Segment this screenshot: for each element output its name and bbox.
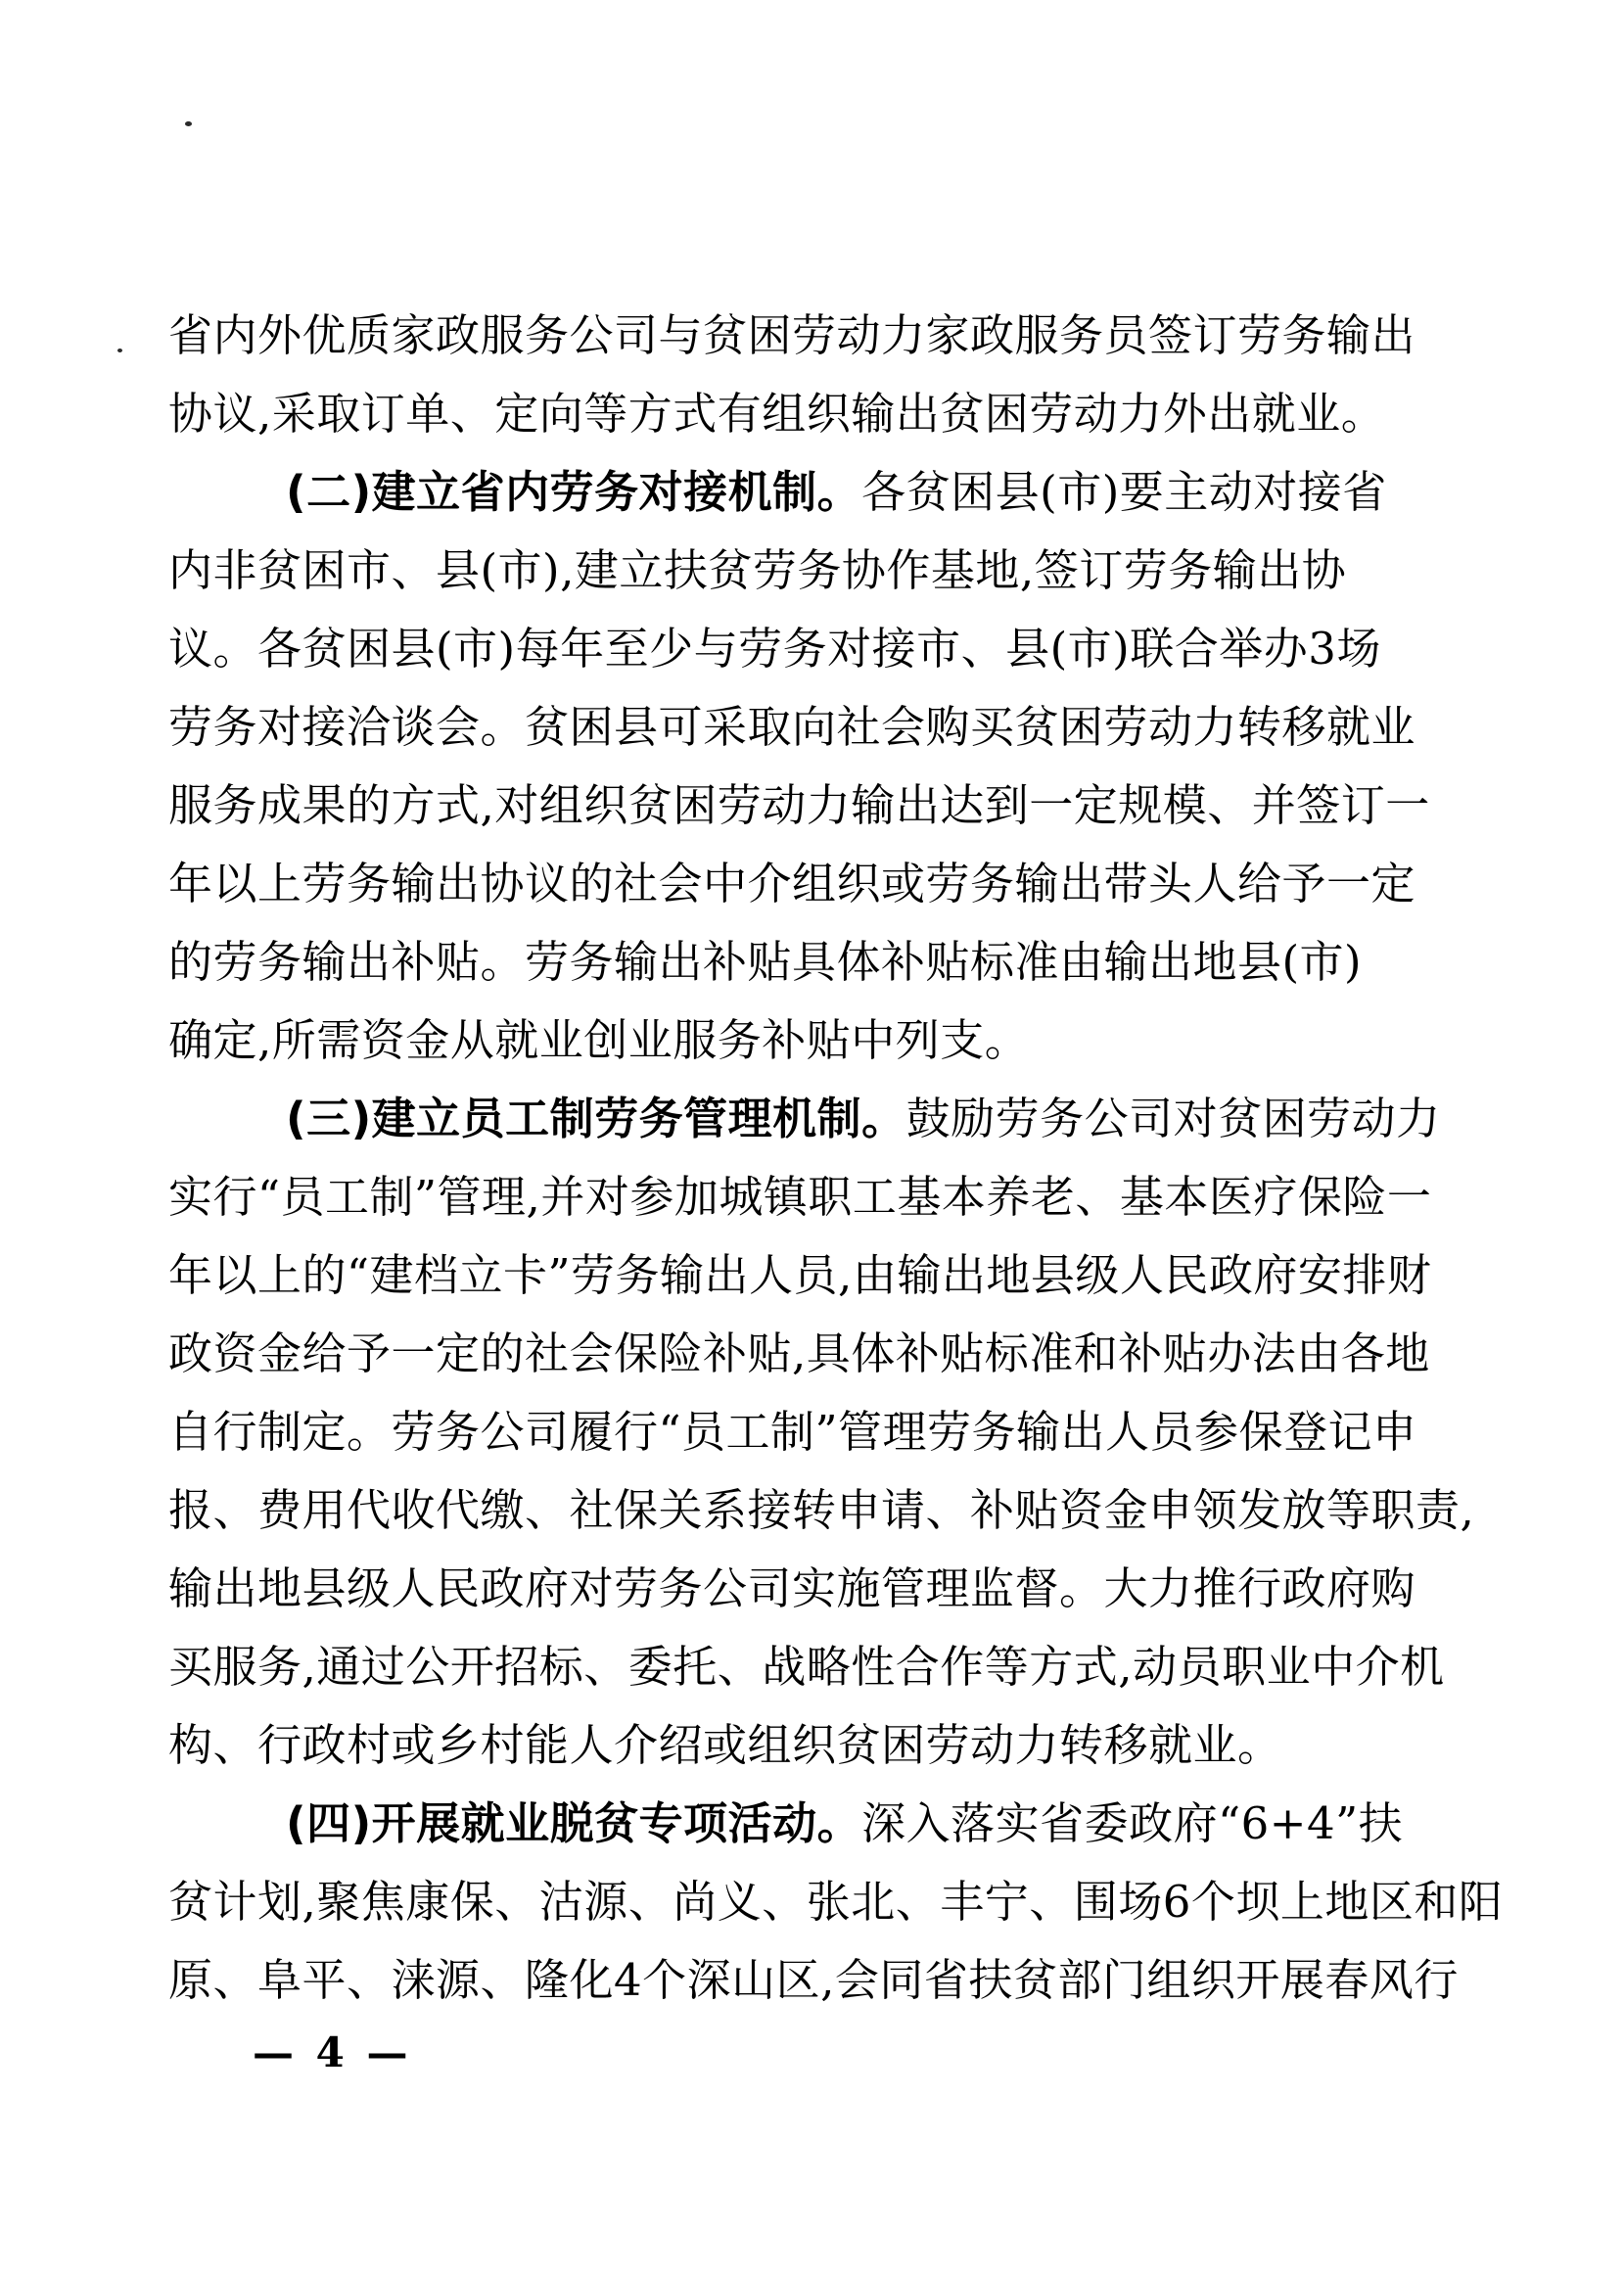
line-text: 年以上的“建档立卡”劳务输出人员,由输出地县级人民政府安排财: [168, 1249, 1431, 1301]
document-line: 买服务,通过公开招标、委托、战略性合作等方式,动员职业中介机: [168, 1628, 1462, 1706]
line-text: 内非贫困市、县(市),建立扶贫劳务协作基地,签订劳务输出协: [168, 544, 1346, 596]
document-line: 贫计划,聚焦康保、沽源、尚义、张北、丰宁、围场6个坝上地区和阳: [168, 1863, 1462, 1941]
document-line: 年以上的“建档立卡”劳务输出人员,由输出地县级人民政府安排财: [168, 1236, 1462, 1315]
document-text-block: 省内外优质家政服务公司与贫困劳动力家政服务员签订劳务输出 协议,采取订单、定向等…: [168, 297, 1462, 2020]
line-text: 贫计划,聚焦康保、沽源、尚义、张北、丰宁、围场6个坝上地区和阳: [168, 1876, 1503, 1928]
document-line: 确定,所需资金从就业创业服务补贴中列支。: [168, 1001, 1462, 1080]
document-line: 的劳务输出补贴。劳务输出补贴具体补贴标准由输出地县(市): [168, 923, 1462, 1001]
document-line: 议。各贫困县(市)每年至少与劳务对接市、县(市)联合举办3场: [168, 610, 1462, 688]
line-text: 劳务对接洽谈会。贫困县可采取向社会购买贫困劳动力转移就业: [168, 701, 1415, 753]
scan-speck: [117, 349, 122, 352]
line-text: 确定,所需资金从就业创业服务补贴中列支。: [168, 1014, 1029, 1066]
scan-speck: [185, 121, 192, 126]
line-text: 协议,采取订单、定向等方式有组织输出贫困劳动力外出就业。: [168, 388, 1385, 440]
line-text: 原、阜平、涞源、隆化4个深山区,会同省扶贫部门组织开展春风行: [168, 1954, 1459, 2006]
document-line: 实行“员工制”管理,并对参加城镇职工基本养老、基本医疗保险一: [168, 1158, 1462, 1236]
line-text: 议。各贫困县(市)每年至少与劳务对接市、县(市)联合举办3场: [168, 623, 1381, 675]
line-text: 省内外优质家政服务公司与贫困劳动力家政服务员签订劳务输出: [168, 309, 1415, 361]
document-line: 协议,采取订单、定向等方式有组织输出贫困劳动力外出就业。: [168, 375, 1462, 453]
line-text: 报、费用代收代缴、社保关系接转申请、补贴资金申领发放等职责,: [168, 1484, 1474, 1536]
document-line: (二)建立省内劳务对接机制。各贫困县(市)要主动对接省: [168, 453, 1462, 532]
document-line: 报、费用代收代缴、社保关系接转申请、补贴资金申领发放等职责,: [168, 1471, 1462, 1550]
line-text: 买服务,通过公开招标、委托、战略性合作等方式,动员职业中介机: [168, 1641, 1445, 1693]
document-line: 年以上劳务输出协议的社会中介组织或劳务输出带头人给予一定: [168, 845, 1462, 923]
document-line: (三)建立员工制劳务管理机制。鼓励劳务公司对贫困劳动力: [168, 1080, 1462, 1158]
document-page: 省内外优质家政服务公司与贫困劳动力家政服务员签订劳务输出 协议,采取订单、定向等…: [0, 0, 1624, 2282]
line-text: 各贫困县(市)要主动对接省: [861, 466, 1387, 518]
document-line: 内非贫困市、县(市),建立扶贫劳务协作基地,签订劳务输出协: [168, 532, 1462, 610]
line-text: 输出地县级人民政府对劳务公司实施管理监督。大力推行政府购: [168, 1562, 1415, 1614]
line-text: 的劳务输出补贴。劳务输出补贴具体补贴标准由输出地县(市): [168, 936, 1362, 988]
document-line: 输出地县级人民政府对劳务公司实施管理监督。大力推行政府购: [168, 1550, 1462, 1628]
line-text: 鼓励劳务公司对贫困劳动力: [906, 1093, 1441, 1144]
line-text: 年以上劳务输出协议的社会中介组织或劳务输出带头人给予一定: [168, 858, 1415, 909]
document-line: 省内外优质家政服务公司与贫困劳动力家政服务员签订劳务输出: [168, 297, 1462, 375]
section-heading: (三)建立员工制劳务管理机制。: [286, 1093, 906, 1144]
line-text: 服务成果的方式,对组织贫困劳动力输出达到一定规模、并签订一: [168, 779, 1430, 831]
document-line: 服务成果的方式,对组织贫困劳动力输出达到一定规模、并签订一: [168, 767, 1462, 845]
document-line: 政资金给予一定的社会保险补贴,具体补贴标准和补贴办法由各地: [168, 1315, 1462, 1393]
line-text: 构、行政村或乡村能人介绍或组织贫困劳动力转移就业。: [168, 1719, 1282, 1771]
section-heading: (二)建立省内劳务对接机制。: [286, 466, 861, 518]
page-number: — 4 —: [253, 2019, 411, 2087]
document-line: 构、行政村或乡村能人介绍或组织贫困劳动力转移就业。: [168, 1706, 1462, 1785]
document-line: 劳务对接洽谈会。贫困县可采取向社会购买贫困劳动力转移就业: [168, 688, 1462, 767]
document-line: 原、阜平、涞源、隆化4个深山区,会同省扶贫部门组织开展春风行: [168, 1941, 1462, 2020]
line-text: 自行制定。劳务公司履行“员工制”管理劳务输出人员参保登记申: [168, 1406, 1417, 1458]
document-line: (四)开展就业脱贫专项活动。深入落实省委政府“6+4”扶: [168, 1785, 1462, 1863]
line-text: 政资金给予一定的社会保险补贴,具体补贴标准和补贴办法由各地: [168, 1327, 1430, 1379]
document-line: 自行制定。劳务公司履行“员工制”管理劳务输出人员参保登记申: [168, 1393, 1462, 1471]
line-text: 深入落实省委政府“6+4”扶: [861, 1797, 1403, 1849]
line-text: 实行“员工制”管理,并对参加城镇职工基本养老、基本医疗保险一: [168, 1171, 1431, 1223]
section-heading: (四)开展就业脱贫专项活动。: [286, 1797, 861, 1849]
